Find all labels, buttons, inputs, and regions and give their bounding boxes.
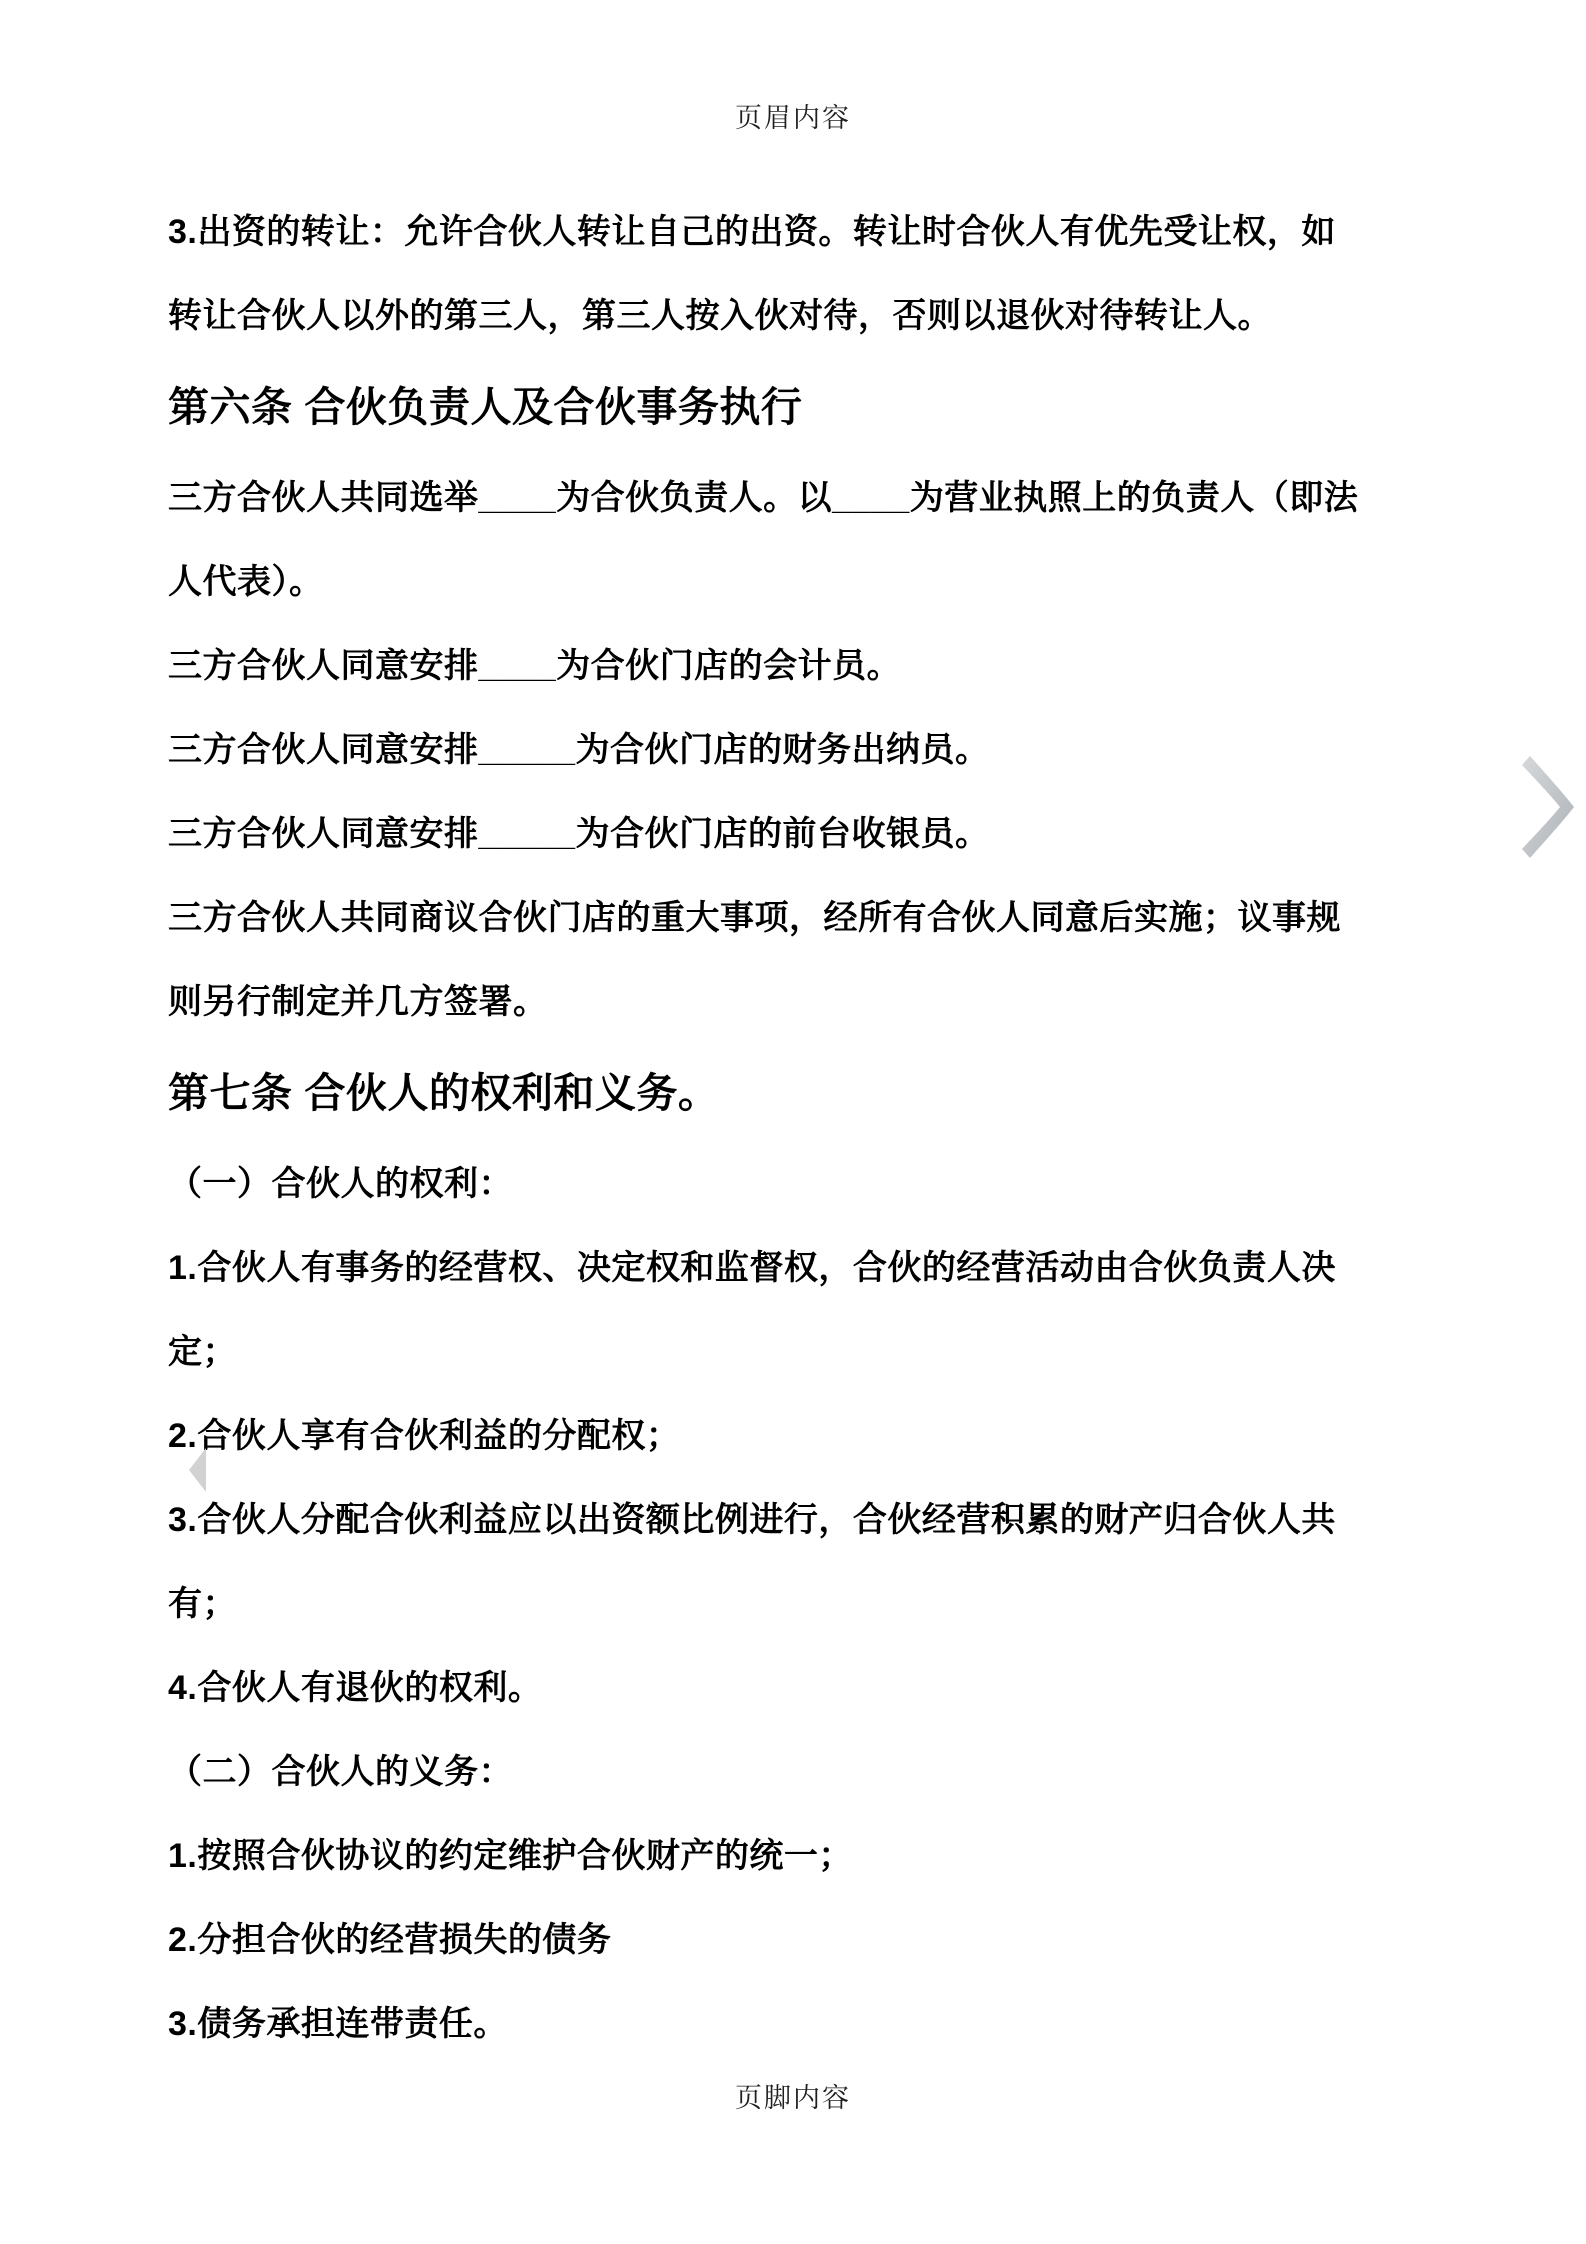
- text-line: 三方合伙人共同商议合伙门店的重大事项，经所有合伙人同意后实施；议事规: [168, 876, 1438, 960]
- text-line: （一）合伙人的权利：: [168, 1142, 1438, 1226]
- text-line: 3.出资的转让：允许合伙人转让自己的出资。转让时合伙人有优先受让权，如: [168, 190, 1438, 274]
- text-line: 转让合伙人以外的第三人，第三人按入伙对待，否则以退伙对待转让人。: [168, 274, 1438, 358]
- text-line: 三方合伙人同意安排____为合伙门店的会计员。: [168, 624, 1438, 708]
- page-footer-text: 页脚内容: [0, 2076, 1586, 2115]
- text-line: 定；: [168, 1310, 1438, 1394]
- text-line: 2.合伙人享有合伙利益的分配权；: [168, 1394, 1438, 1478]
- text-line: 三方合伙人共同选举____为合伙负责人。以____为营业执照上的负责人（即法: [168, 456, 1438, 540]
- document-body: 3.出资的转让：允许合伙人转让自己的出资。转让时合伙人有优先受让权，如转让合伙人…: [168, 190, 1438, 2066]
- text-line: 3.合伙人分配合伙利益应以出资额比例进行，合伙经营积累的财产归合伙人共: [168, 1478, 1438, 1562]
- text-line: 1.按照合伙协议的约定维护合伙财产的统一；: [168, 1814, 1438, 1898]
- text-line: 有；: [168, 1562, 1438, 1646]
- text-line: 1.合伙人有事务的经营权、决定权和监督权，合伙的经营活动由合伙负责人决: [168, 1226, 1438, 1310]
- text-line: 2.分担合伙的经营损失的债务: [168, 1898, 1438, 1982]
- text-line: （二）合伙人的义务：: [168, 1730, 1438, 1814]
- text-line: 三方合伙人同意安排_____为合伙门店的财务出纳员。: [168, 708, 1438, 792]
- section-heading: 第七条 合伙人的权利和义务。: [168, 1044, 1438, 1142]
- section-heading: 第六条 合伙负责人及合伙事务执行: [168, 358, 1438, 456]
- text-line: 3.债务承担连带责任。: [168, 1982, 1438, 2066]
- prev-page-arrow-icon[interactable]: [186, 1446, 210, 1494]
- text-line: 人代表）。: [168, 540, 1438, 624]
- page-header-text: 页眉内容: [0, 96, 1586, 135]
- text-line: 则另行制定并几方签署。: [168, 960, 1438, 1044]
- text-line: 三方合伙人同意安排_____为合伙门店的前台收银员。: [168, 792, 1438, 876]
- next-page-arrow-icon[interactable]: [1520, 752, 1578, 862]
- text-line: 4.合伙人有退伙的权利。: [168, 1646, 1438, 1730]
